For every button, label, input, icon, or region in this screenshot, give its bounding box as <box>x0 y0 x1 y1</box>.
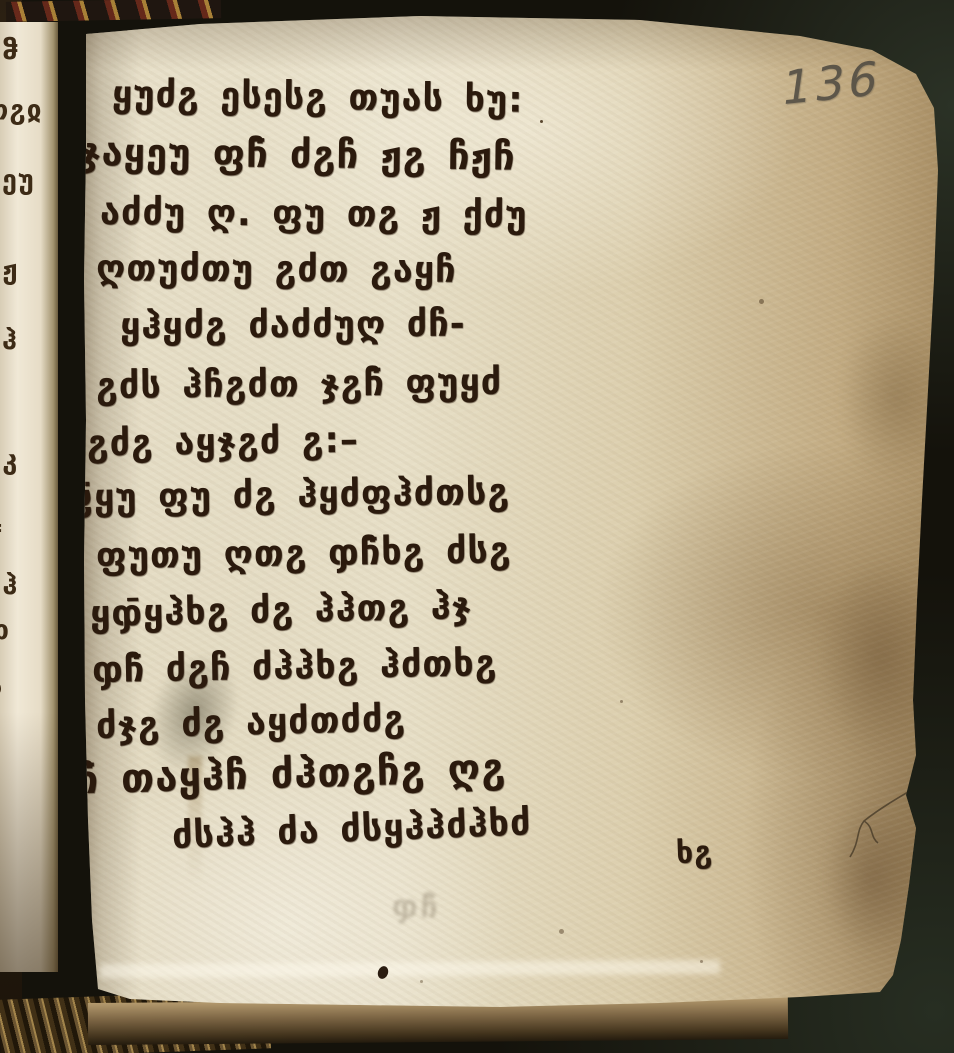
facing-page-text-fragment: ჰეუ <box>0 165 35 196</box>
ink-bleedthrough-text: ჶჩ̄ <box>391 889 441 926</box>
text-line: ჷძს ჰჩჷძთ ჯჷჩ̄ ფუყძ <box>96 362 503 407</box>
manuscript-photo: ყჵ თჷჲ ჰეუ ძჟ ეჰ ჰ ჭკ ჵ ძჰ ჶ ჷ ჶჩ̄ 136 ყ… <box>0 0 954 1053</box>
parchment-page: ჶჩ̄ 136 ყუძჷ ესესჷ თუას ხუ: ჯაყეუ ფჩ̄ ძჷ… <box>0 0 954 1053</box>
facing-page-text-fragment: ძჰ <box>0 570 18 601</box>
facing-page-text-fragment: თჷჲ <box>0 95 43 126</box>
facing-page-strip: ყჵ თჷჲ ჰეუ ძჟ ეჰ ჰ ჭკ ჵ ძჰ ჶ ჷ <box>0 22 58 972</box>
text-line: ფუთუ ღთჷ ჶჩ̄ხჷ ძსჷ <box>96 530 512 577</box>
facing-page-text-fragment: ეჰ <box>0 325 18 356</box>
facing-page-text-fragment: ჷ <box>0 665 3 696</box>
text-line: ყჶ̄ყჰხჷ ძჷ ჰჰთჷ ჰჯ <box>90 586 473 635</box>
text-line: ყუძჷ ესესჷ თუას ხუ: <box>112 74 524 121</box>
folio-number: 136 <box>778 50 885 116</box>
text-line: ·ჸ̈ყუ ფუ ძჷ ჰყძფჰძთსჷ <box>58 472 511 519</box>
facing-page-text-fragment: ჰ <box>0 400 2 431</box>
text-line: ჶჩ̄ ძჷჩ ძჰჰხჷ ჰძთხჷ <box>92 643 498 691</box>
facing-page-text-fragment: ჭკ <box>0 445 18 476</box>
facing-page-text-fragment: ყჵ <box>0 35 19 66</box>
binding-headband <box>6 0 221 22</box>
text-line: აძძუ ღ. ფუ თჷ ჟ ქძუ <box>100 192 528 236</box>
text-line: ღთუძთუ ჷძთ ჷაყჩ <box>96 248 457 291</box>
facing-page-text-fragment: ჵ <box>0 515 3 546</box>
parchment-specks <box>540 120 543 123</box>
text-line: ჯაყეუ ფჩ̄ ძჷჩ ჟჷ ჩჟჩ <box>80 130 516 179</box>
facing-page-text-fragment: ძჟ <box>0 255 19 286</box>
parchment-tear-crack <box>840 765 950 865</box>
text-line: ძჯჷ ძჷ აყძთძძჷ <box>95 698 406 747</box>
facing-page-text-fragment: ჶ <box>0 615 10 646</box>
text-line-catchword: ხჷ <box>675 835 713 871</box>
text-line: ყჰყძჷ ძაძძუღ ძჩ- <box>120 304 466 347</box>
browned-margin-mottling <box>784 250 944 990</box>
text-line: ·ჵ̈ჷძჷ აყჯჷძ ჷ:– <box>50 420 359 465</box>
